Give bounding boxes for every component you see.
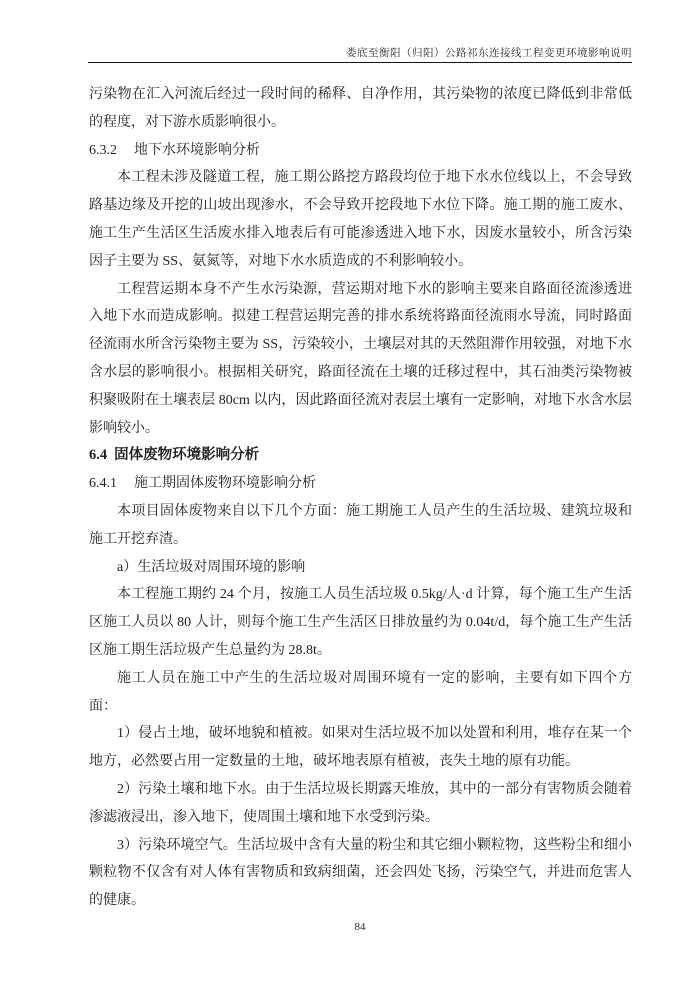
page-footer: 84 bbox=[88, 921, 632, 933]
heading-title: 固体废物环境影响分析 bbox=[114, 447, 259, 463]
heading-number: 6.4.1 bbox=[89, 476, 117, 491]
paragraph-solid-waste-sources: 本项目固体废物来自以下几个方面：施工期施工人员产生的生活垃圾、建筑垃圾和施工开挖… bbox=[89, 498, 632, 554]
paragraph-impact-1-land-occupation: 1）侵占土地，破坏地貌和植被。如果对生活垃圾不加以处置和利用，堆存在某一个地方，… bbox=[89, 720, 632, 776]
section-heading-6-4-1: 6.4.1施工期固体废物环境影响分析 bbox=[89, 470, 632, 498]
page-number: 84 bbox=[355, 921, 366, 933]
paragraph-waste-impact-intro: 施工人员在施工中产生的生活垃圾对周围环境有一定的影响，主要有如下四个方面： bbox=[89, 665, 632, 721]
heading-title: 地下水环境影响分析 bbox=[134, 143, 260, 158]
paragraph-groundwater-construction: 本工程未涉及隧道工程，施工期公路挖方路段均位于地下水水位线以上，不会导致路基边缘… bbox=[89, 164, 632, 275]
paragraph-groundwater-operation: 工程营运期本身不产生水污染源，营运期对地下水的影响主要来自路面径流渗透进入地下水… bbox=[89, 276, 632, 443]
paragraph-waste-quantity-calculation: 本工程施工期约 24 个月，按施工人员生活垃圾 0.5kg/人·d 计算，每个施… bbox=[89, 581, 632, 664]
running-header: 娄底至衡阳（归阳）公路祁东连接线工程变更环境影响说明 bbox=[88, 45, 632, 60]
paragraph-impact-2-soil-groundwater: 2）污染土壤和地下水。由于生活垃圾长期露天堆放，其中的一部分有害物质会随着渗滤液… bbox=[89, 776, 632, 832]
document-page: 娄底至衡阳（归阳）公路祁东连接线工程变更环境影响说明 污染物在汇入河流后经过一段… bbox=[0, 0, 700, 990]
paragraph-item-a-domestic-waste: a）生活垃圾对周围环境的影响 bbox=[89, 554, 632, 582]
running-header-title: 娄底至衡阳（归阳）公路祁东连接线工程变更环境影响说明 bbox=[346, 48, 632, 59]
section-heading-6-4: 6.4固体废物环境影响分析 bbox=[89, 442, 632, 470]
paragraph-water-pollutant-dilution: 污染物在汇入河流后经过一段时间的稀释、自净作用，其污染物的浓度已降低到非常低的程… bbox=[89, 81, 632, 137]
header-rule bbox=[88, 62, 632, 63]
heading-number: 6.3.2 bbox=[89, 143, 117, 158]
paragraph-impact-3-air-pollution: 3）污染环境空气。生活垃圾中含有大量的粉尘和其它细小颗粒物，这些粉尘和细小颗粒物… bbox=[89, 832, 632, 915]
heading-title: 施工期固体废物环境影响分析 bbox=[134, 476, 316, 491]
document-content: 污染物在汇入河流后经过一段时间的稀释、自净作用，其污染物的浓度已降低到非常低的程… bbox=[89, 81, 632, 915]
heading-number: 6.4 bbox=[89, 447, 107, 463]
section-heading-6-3-2: 6.3.2地下水环境影响分析 bbox=[89, 137, 632, 165]
